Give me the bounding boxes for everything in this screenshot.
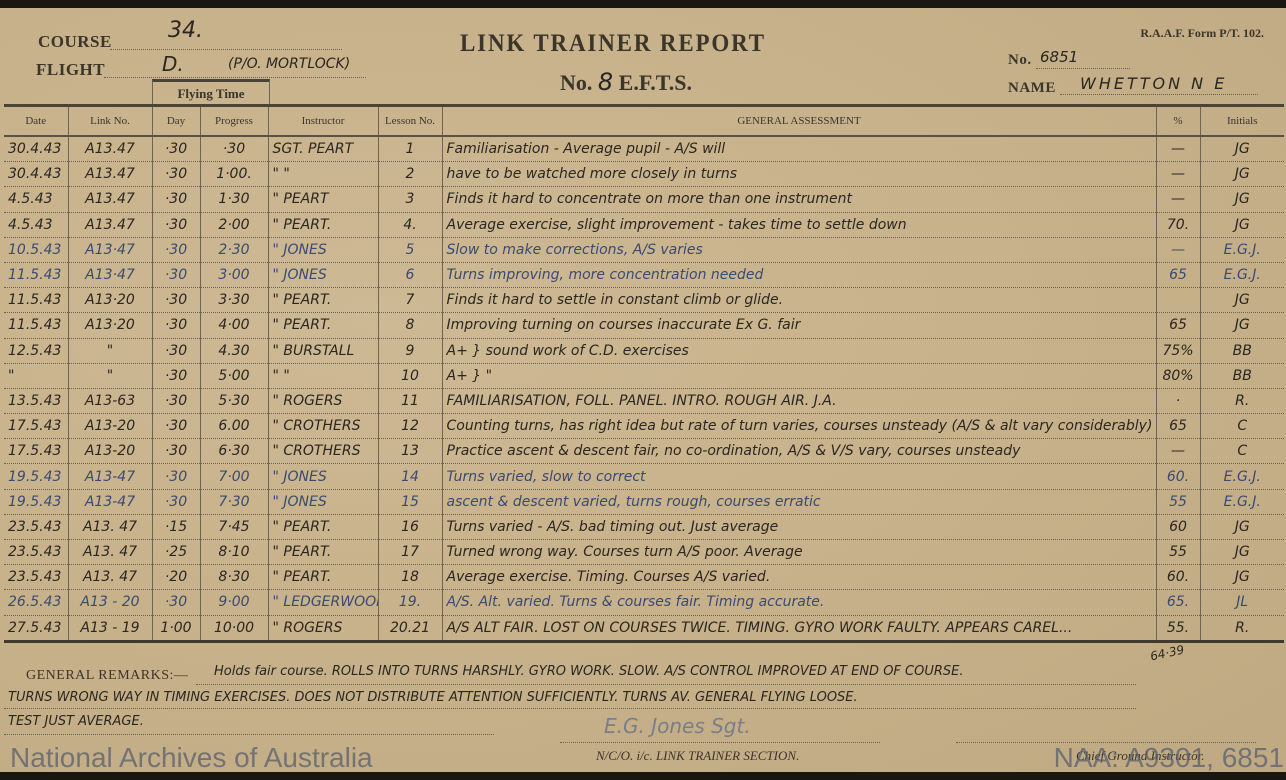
name-dotline [1060,94,1258,95]
assessment-cell: Turns varied - A/S. bad timing out. Just… [442,514,1156,539]
name-value: WHETTON N E [1080,74,1227,93]
day-cell: ·30 [152,363,200,388]
progress-cell: 2·00 [200,212,268,237]
assessment-cell: Counting turns, has right idea but rate … [442,414,1156,439]
lesson-no-cell: 9 [378,338,442,363]
day-cell: ·30 [152,162,200,187]
instructor-cell: " PEART [268,187,378,212]
assessment-cell: Slow to make corrections, A/S varies [442,237,1156,262]
percent-cell: 60. [1156,565,1200,590]
date-cell: 23.5.43 [4,514,68,539]
percent-cell: 55. [1156,615,1200,641]
day-cell: ·30 [152,590,200,615]
date-cell: 11.5.43 [4,313,68,338]
initials-cell: JG [1200,162,1284,187]
date-cell: 30.4.43 [4,136,68,162]
day-cell: ·30 [152,388,200,413]
progress-cell: 6.00 [200,414,268,439]
percent-cell: 55 [1156,540,1200,565]
link-no-cell: A13. 47 [68,514,152,539]
percent-cell: 65. [1156,590,1200,615]
flying-time-header: Flying Time [152,79,270,107]
initials-cell: E.G.J. [1200,237,1284,262]
general-remarks-label: GENERAL REMARKS:— [26,668,188,684]
lesson-no-cell: 6 [378,262,442,287]
lesson-no-cell: 17 [378,540,442,565]
stamp-mark: 64·39 [1149,643,1186,664]
date-cell: 23.5.43 [4,540,68,565]
col-day: Day [152,106,200,137]
assessment-cell: A/S. Alt. varied. Turns & courses fair. … [442,590,1156,615]
day-cell: ·30 [152,136,200,162]
school-title: No. 8 E.F.T.S. [560,68,692,96]
remarks-dotline-1 [196,684,1136,685]
instructor-cell: " " [268,162,378,187]
date-cell: 17.5.43 [4,414,68,439]
day-cell: ·15 [152,514,200,539]
table-row: 23.5.43A13. 47·208·30" PEART.18Average e… [4,565,1284,590]
day-cell: ·30 [152,338,200,363]
link-no-cell: A13-20 [68,439,152,464]
nco-label: N/C/O. i/c. LINK TRAINER SECTION. [596,748,799,764]
percent-cell: 65 [1156,414,1200,439]
archive-watermark-right: NAA: A9301, 6851 [1054,742,1284,774]
initials-cell: JG [1200,565,1284,590]
instructor-cell: " PEART. [268,212,378,237]
day-cell: ·30 [152,288,200,313]
date-cell: 23.5.43 [4,565,68,590]
date-cell: 13.5.43 [4,388,68,413]
table-row: 19.5.43A13-47·307·30" JONES15ascent & de… [4,489,1284,514]
day-cell: ·30 [152,489,200,514]
percent-cell: · [1156,388,1200,413]
instructor-cell: " JONES [268,262,378,287]
table-row: 23.5.43A13. 47·258·10" PEART.17Turned wr… [4,540,1284,565]
course-label: COURSE [38,32,112,52]
initials-cell: JG [1200,514,1284,539]
col-lesson-no: Lesson No. [378,106,442,137]
lesson-no-cell: 16 [378,514,442,539]
progress-cell: 7·45 [200,514,268,539]
table-row: 30.4.43A13.47·301·00." "2have to be watc… [4,162,1284,187]
table-header-row: Date Link No. Day Progress Instructor Le… [4,106,1284,137]
date-cell: " [4,363,68,388]
assessment-cell: Improving turning on courses inaccurate … [442,313,1156,338]
table-row: ""·305·00" "10A+ } "80%BB [4,363,1284,388]
lesson-no-cell: 3 [378,187,442,212]
assessment-cell: Familiarisation - Average pupil - A/S wi… [442,136,1156,162]
remarks-line-2: TURNS WRONG WAY IN TIMING EXERCISES. DOE… [8,690,858,705]
table-row: 4.5.43A13.47·301·30" PEART3Finds it hard… [4,187,1284,212]
initials-cell: JG [1200,187,1284,212]
table-row: 11.5.43A13·20·304·00" PEART.8Improving t… [4,313,1284,338]
col-instructor: Instructor [268,106,378,137]
progress-cell: 8·30 [200,565,268,590]
percent-cell: 65 [1156,313,1200,338]
course-value: 34. [168,18,203,43]
progress-cell: 4·00 [200,313,268,338]
progress-cell: 7·00 [200,464,268,489]
flight-officer: (P/O. MORTLOCK) [228,56,350,72]
instructor-cell: " BURSTALL [268,338,378,363]
lesson-no-cell: 8 [378,313,442,338]
table-row: 4.5.43A13.47·302·00" PEART.4.Average exe… [4,212,1284,237]
lesson-no-cell: 13 [378,439,442,464]
initials-cell: R. [1200,615,1284,641]
percent-cell: — [1156,237,1200,262]
table-row: 10.5.43A13·47·302·30" JONES5Slow to make… [4,237,1284,262]
lesson-no-cell: 2 [378,162,442,187]
day-cell: ·30 [152,439,200,464]
percent-cell: — [1156,136,1200,162]
date-cell: 12.5.43 [4,338,68,363]
table-row: 30.4.43A13.47·30·30SGT. PEART1Familiaris… [4,136,1284,162]
table-row: 11.5.43A13·47·303·00" JONES6Turns improv… [4,262,1284,287]
initials-cell: BB [1200,363,1284,388]
progress-cell: 6·30 [200,439,268,464]
lessons-table: Date Link No. Day Progress Instructor Le… [4,104,1284,643]
percent-cell: — [1156,439,1200,464]
flight-label: FLIGHT [36,60,105,80]
progress-cell: 4.30 [200,338,268,363]
initials-cell: R. [1200,388,1284,413]
lesson-no-cell: 10 [378,363,442,388]
table-row: 26.5.43A13 - 20·309·00" LEDGERWOOD19.A/S… [4,590,1284,615]
day-cell: ·30 [152,212,200,237]
col-date: Date [4,106,68,137]
initials-cell: E.G.J. [1200,489,1284,514]
remarks-line-1: Holds fair course. ROLLS INTO TURNS HARS… [214,664,964,679]
lesson-no-cell: 1 [378,136,442,162]
link-no-cell: A13·47 [68,262,152,287]
percent-cell [1156,288,1200,313]
date-cell: 4.5.43 [4,187,68,212]
progress-cell: 1·30 [200,187,268,212]
link-no-cell: " [68,338,152,363]
day-cell: 1·00 [152,615,200,641]
initials-cell: JG [1200,288,1284,313]
archive-watermark-left: National Archives of Australia [10,742,373,774]
date-cell: 17.5.43 [4,439,68,464]
lesson-no-cell: 11 [378,388,442,413]
instructor-cell: " JONES [268,489,378,514]
assessment-cell: Turns varied, slow to correct [442,464,1156,489]
assessment-cell: Finds it hard to settle in constant clim… [442,288,1156,313]
remarks-line-3: TEST JUST AVERAGE. [8,714,144,729]
signature-dotline [560,742,880,743]
lesson-no-cell: 4. [378,212,442,237]
assessment-cell: A/S ALT FAIR. LOST ON COURSES TWICE. TIM… [442,615,1156,641]
school-prefix: No. [560,70,592,95]
link-no-cell: A13-47 [68,464,152,489]
percent-cell: 55 [1156,489,1200,514]
link-no-cell: A13-63 [68,388,152,413]
progress-cell: 5·00 [200,363,268,388]
link-trainer-report-card: COURSE 34. FLIGHT D. (P/O. MORTLOCK) LIN… [0,8,1286,772]
table-row: 11.5.43A13·20·303·30" PEART.7Finds it ha… [4,288,1284,313]
percent-cell: 80% [1156,363,1200,388]
date-cell: 10.5.43 [4,237,68,262]
initials-cell: JG [1200,212,1284,237]
date-cell: 27.5.43 [4,615,68,641]
instructor-cell: " PEART. [268,565,378,590]
date-cell: 11.5.43 [4,262,68,287]
instructor-cell: " CROTHERS [268,414,378,439]
assessment-cell: Average exercise. Timing. Courses A/S va… [442,565,1156,590]
percent-cell: 65 [1156,262,1200,287]
progress-cell: 5·30 [200,388,268,413]
date-cell: 4.5.43 [4,212,68,237]
progress-cell: 9·00 [200,590,268,615]
link-no-cell: A13. 47 [68,565,152,590]
instructor-cell: " ROGERS [268,615,378,641]
assessment-cell: ascent & descent varied, turns rough, co… [442,489,1156,514]
instructor-cell: " PEART. [268,514,378,539]
initials-cell: C [1200,439,1284,464]
initials-cell: JL [1200,590,1284,615]
lesson-no-cell: 20.21 [378,615,442,641]
col-percent: % [1156,106,1200,137]
table-row: 13.5.43A13-63·305·30" ROGERS11FAMILIARIS… [4,388,1284,413]
name-label: NAME [1008,80,1056,97]
day-cell: ·30 [152,262,200,287]
table-row: 27.5.43A13 - 191·0010·00" ROGERS20.21A/S… [4,615,1284,641]
progress-cell: 2·30 [200,237,268,262]
lesson-no-cell: 18 [378,565,442,590]
progress-cell: 1·00. [200,162,268,187]
day-cell: ·30 [152,464,200,489]
initials-cell: C [1200,414,1284,439]
table-row: 23.5.43A13. 47·157·45" PEART.16Turns var… [4,514,1284,539]
table-row: 19.5.43A13-47·307·00" JONES14Turns varie… [4,464,1284,489]
link-no-cell: A13 - 20 [68,590,152,615]
assessment-cell: A+ } " [442,363,1156,388]
day-cell: ·30 [152,414,200,439]
percent-cell: — [1156,162,1200,187]
percent-cell: 60 [1156,514,1200,539]
col-progress: Progress [200,106,268,137]
remarks-dotline-3 [4,734,494,735]
instructor-cell: SGT. PEART [268,136,378,162]
assessment-cell: Practice ascent & descent fair, no co-or… [442,439,1156,464]
col-link-no: Link No. [68,106,152,137]
initials-cell: JG [1200,313,1284,338]
assessment-cell: FAMILIARISATION, FOLL. PANEL. INTRO. ROU… [442,388,1156,413]
flight-value: D. [162,52,184,76]
instructor-cell: " PEART. [268,288,378,313]
day-cell: ·25 [152,540,200,565]
progress-cell: ·30 [200,136,268,162]
lesson-no-cell: 12 [378,414,442,439]
assessment-cell: Finds it hard to concentrate on more tha… [442,187,1156,212]
link-no-cell: A13. 47 [68,540,152,565]
lesson-no-cell: 19. [378,590,442,615]
progress-cell: 10·00 [200,615,268,641]
progress-cell: 3·30 [200,288,268,313]
number-dotline [1036,68,1130,69]
link-no-cell: A13·20 [68,288,152,313]
percent-cell: 70. [1156,212,1200,237]
col-initials: Initials [1200,106,1284,137]
remarks-dotline-2 [4,708,1136,709]
table-row: 12.5.43"·304.30" BURSTALL9A+ } sound wor… [4,338,1284,363]
instructor-cell: " LEDGERWOOD [268,590,378,615]
assessment-cell: A+ } sound work of C.D. exercises [442,338,1156,363]
percent-cell: 60. [1156,464,1200,489]
nco-signature: E.G. Jones Sgt. [604,714,751,738]
number-value: 6851 [1040,48,1078,66]
percent-cell: — [1156,187,1200,212]
lesson-no-cell: 5 [378,237,442,262]
initials-cell: JG [1200,136,1284,162]
link-no-cell: A13 - 19 [68,615,152,641]
day-cell: ·20 [152,565,200,590]
assessment-cell: Average exercise, slight improvement - t… [442,212,1156,237]
initials-cell: E.G.J. [1200,464,1284,489]
link-no-cell: A13.47 [68,162,152,187]
assessment-cell: have to be watched more closely in turns [442,162,1156,187]
instructor-cell: " JONES [268,464,378,489]
assessment-cell: Turns improving, more concentration need… [442,262,1156,287]
instructor-cell: " PEART. [268,540,378,565]
link-no-cell: " [68,363,152,388]
course-dotline [110,49,342,50]
link-no-cell: A13.47 [68,136,152,162]
day-cell: ·30 [152,313,200,338]
col-general-assessment: GENERAL ASSESSMENT [442,106,1156,137]
initials-cell: E.G.J. [1200,262,1284,287]
percent-cell: 75% [1156,338,1200,363]
school-number: 8 [598,68,613,96]
instructor-cell: " JONES [268,237,378,262]
lesson-no-cell: 15 [378,489,442,514]
instructor-cell: " ROGERS [268,388,378,413]
report-title: LINK TRAINER REPORT [460,30,766,58]
lesson-no-cell: 7 [378,288,442,313]
day-cell: ·30 [152,187,200,212]
initials-cell: BB [1200,338,1284,363]
date-cell: 11.5.43 [4,288,68,313]
assessment-cell: Turned wrong way. Courses turn A/S poor.… [442,540,1156,565]
link-no-cell: A13·20 [68,313,152,338]
progress-cell: 7·30 [200,489,268,514]
link-no-cell: A13.47 [68,187,152,212]
day-cell: ·30 [152,237,200,262]
instructor-cell: " " [268,363,378,388]
date-cell: 19.5.43 [4,489,68,514]
link-no-cell: A13·47 [68,237,152,262]
lesson-no-cell: 14 [378,464,442,489]
progress-cell: 8·10 [200,540,268,565]
date-cell: 30.4.43 [4,162,68,187]
school-suffix: E.F.T.S. [619,70,692,95]
instructor-cell: " CROTHERS [268,439,378,464]
form-id: R.A.A.F. Form P/T. 102. [1140,26,1264,41]
instructor-cell: " PEART. [268,313,378,338]
progress-cell: 3·00 [200,262,268,287]
flight-dotline [104,77,366,78]
link-no-cell: A13-20 [68,414,152,439]
table-row: 17.5.43A13-20·306·30" CROTHERS13Practice… [4,439,1284,464]
link-no-cell: A13-47 [68,489,152,514]
date-cell: 26.5.43 [4,590,68,615]
initials-cell: JG [1200,540,1284,565]
number-label: No. [1008,52,1032,69]
date-cell: 19.5.43 [4,464,68,489]
table-row: 17.5.43A13-20·306.00" CROTHERS12Counting… [4,414,1284,439]
link-no-cell: A13.47 [68,212,152,237]
